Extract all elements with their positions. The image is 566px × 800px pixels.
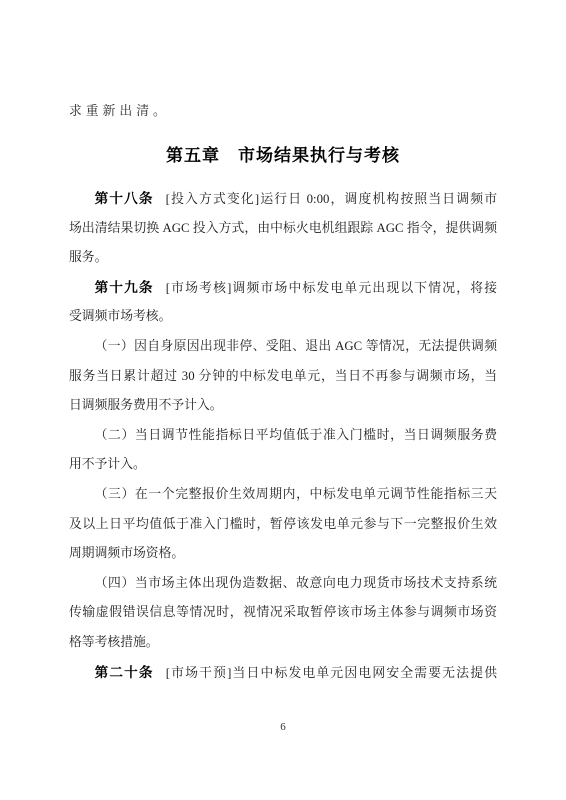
body-line: 周期调频市场资格。 — [69, 539, 497, 569]
body-line: 格等考核措施。 — [69, 628, 497, 658]
body-line: （四）当市场主体出现伪造数据、故意向电力现货市场技术支持系统 — [69, 569, 497, 599]
body-line: 及以上日平均值低于准入门槛时，暂停该发电单元参与下一完整报价生效 — [69, 510, 497, 540]
page-number: 6 — [0, 721, 566, 733]
body-line-text: [投入方式变化]运行日 0:00，调度机构按照当日调频市 — [166, 192, 497, 206]
body-line: 第二十条[市场干预]当日中标发电单元因电网安全需要无法提供 — [69, 658, 497, 688]
body-line-text: [市场考核]调频市场中标发电单元出现以下情况，将接 — [166, 281, 497, 295]
carryover-line: 求重新出清。 — [69, 97, 497, 127]
body-line: 用不予计入。 — [69, 450, 497, 480]
body-line: 传输虚假错误信息等情况时，视情况采取暂停该市场主体参与调频市场资 — [69, 598, 497, 628]
article-number: 第二十条 — [95, 665, 154, 680]
body-line: 受调频市场考核。 — [69, 302, 497, 332]
body-line: 场出清结果切换 AGC 投入方式，由中标火电机组跟踪 AGC 指令，提供调频 — [69, 214, 497, 244]
body-line: （一）因自身原因出现非停、受阻、退出 AGC 等情况，无法提供调频 — [69, 332, 497, 362]
body-text: 第十八条[投入方式变化]运行日 0:00，调度机构按照当日调频市 场出清结果切换… — [69, 184, 497, 687]
chapter-heading: 第五章 市场结果执行与考核 — [0, 140, 566, 172]
body-line: 服务。 — [69, 243, 497, 273]
body-line: 服务当日累计超过 30 分钟的中标发电单元，当日不再参与调频市场，当 — [69, 362, 497, 392]
body-line: （二）当日调节性能指标日平均值低于准入门槛时，当日调频服务费 — [69, 421, 497, 451]
body-line-text: [市场干预]当日中标发电单元因电网安全需要无法提供 — [166, 666, 497, 680]
document-page: 求重新出清。 第五章 市场结果执行与考核 第十八条[投入方式变化]运行日 0:0… — [0, 0, 566, 800]
body-line: 日调频服务费用不予计入。 — [69, 391, 497, 421]
article-number: 第十九条 — [95, 280, 154, 295]
article-number: 第十八条 — [95, 191, 154, 206]
body-line: 第十八条[投入方式变化]运行日 0:00，调度机构按照当日调频市 — [69, 184, 497, 214]
body-line: （三）在一个完整报价生效周期内，中标发电单元调节性能指标三天 — [69, 480, 497, 510]
body-line: 第十九条[市场考核]调频市场中标发电单元出现以下情况，将接 — [69, 273, 497, 303]
